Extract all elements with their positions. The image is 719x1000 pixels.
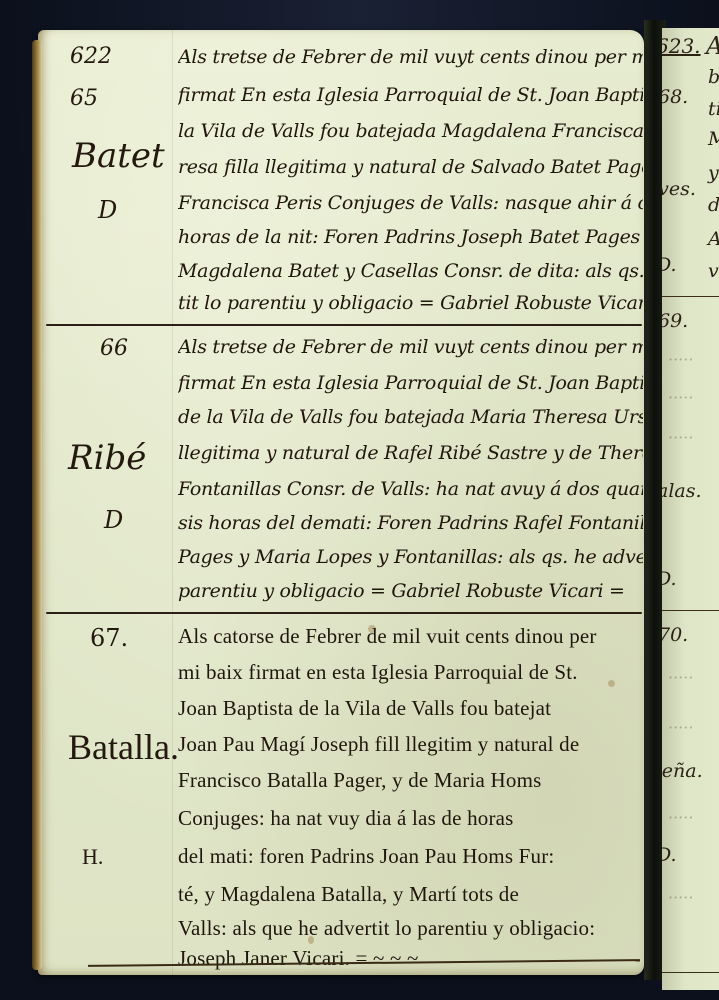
register-page: 622 65 Batet D Als tretse de Febrer de m… (38, 30, 644, 975)
adjacent-entry-separator (662, 610, 719, 611)
entry-text-line: Conjuges: ha nat vuy dia á las de horas (178, 806, 643, 831)
entry-text-line: firmat En esta Iglesia Parroquial de St.… (178, 372, 643, 394)
page-edge (32, 40, 42, 970)
entry-text-line: Joan Baptista de la Vila de Valls fou ba… (178, 696, 643, 721)
entry-text-line: firmat En esta Iglesia Parroquial de St.… (178, 84, 643, 106)
entry-text-line: Fontanillas Consr. de Valls: ha nat avuy… (178, 478, 643, 500)
entry-number: 66 (100, 336, 128, 361)
folio-number: 622 (70, 44, 112, 69)
entry-text-line: Francisca Peris Conjuges de Valls: nasqu… (178, 192, 643, 214)
adjacent-line-initial: A (708, 228, 719, 250)
entry-separator (46, 324, 642, 326)
entry-mark: D (98, 196, 117, 224)
adjacent-folio-number: 623. (662, 34, 701, 58)
entry-mark: H. (82, 844, 103, 870)
entry-text-line: Als tretse de Febrer de mil vuyt cents d… (178, 336, 643, 358)
entry-text-line: parentiu y obligacio = Gabriel Robuste V… (178, 580, 643, 602)
entry-text-line: Pages y Maria Lopes y Fontanillas: als q… (178, 546, 643, 568)
entry-number: 65 (70, 86, 98, 111)
adjacent-entry-separator (662, 296, 719, 297)
adjacent-line-initial: d (708, 194, 719, 216)
entry-text-line: Joseph Janer Vicari. = ~ ~ ~ (178, 946, 643, 971)
entry-text-line: mi baix firmat en esta Iglesia Parroquia… (178, 660, 643, 685)
entry-text-line: de la Vila de Valls fou batejada Maria T… (178, 406, 643, 428)
entry-text-line: la Vila de Valls fou batejada Magdalena … (178, 120, 643, 142)
adjacent-surname: ...ves. (662, 178, 696, 200)
entry-text-line: Magdalena Batet y Casellas Consr. de dit… (178, 260, 643, 282)
adjacent-bottom-rule (662, 972, 719, 973)
entry-text-line: Francisco Batalla Pager, y de Maria Homs (178, 768, 643, 793)
entry-text-line: sis horas del demati: Foren Padrins Rafe… (178, 512, 643, 534)
entry-text-line: llegitima y natural de Rafel Ribé Sastre… (178, 442, 643, 464)
entry-text-line: té, y Magdalena Batalla, y Martí tots de (178, 882, 643, 907)
adjacent-line-initial: ti (708, 98, 719, 120)
adjacent-line-initial: v (708, 260, 719, 282)
entry-text-line: del mati: foren Padrins Joan Pau Homs Fu… (178, 844, 643, 869)
entry-text-line: tit lo parentiu y obligacio = Gabriel Ro… (178, 292, 643, 314)
adjacent-surname: ...teña. (662, 760, 703, 782)
entry-text-line: resa filla llegitima y natural de Salvad… (178, 156, 643, 178)
adjacent-entry-number: 68. (662, 86, 688, 108)
entry-text-line: Joan Pau Magí Joseph fill llegitim y nat… (178, 732, 643, 757)
entry-number: 67. (90, 624, 128, 652)
entry-text-line: Als catorse de Febrer de mil vuit cents … (178, 624, 643, 649)
margin-rule (172, 30, 173, 975)
entry-surname: Batet (72, 136, 165, 176)
entry-text-line: Valls: als que he advertit lo parentiu y… (178, 916, 643, 941)
adjacent-line-initial: b (708, 66, 719, 88)
entry-separator (46, 612, 642, 614)
adjacent-mark: D. (662, 844, 677, 866)
adjacent-mark: D. (662, 568, 677, 590)
adjacent-entry-number: 69. (662, 310, 688, 332)
adjacent-line-initial: A (706, 32, 719, 60)
adjacent-entry-number: 70. (662, 624, 688, 646)
entry-text-line: horas de la nit: Foren Padrins Joseph Ba… (178, 226, 643, 248)
adjacent-line-initial: y (708, 162, 719, 184)
adjacent-mark: D. (662, 254, 677, 276)
entry-surname: Batalla. (68, 726, 179, 768)
adjacent-page: 623. A 68. b ti M y ...ves. d A D. v 69.… (662, 28, 719, 990)
entry-text-line: Als tretse de Febrer de mil vuyt cents d… (178, 46, 643, 68)
entry-surname: Ribé (68, 438, 146, 478)
entry-mark: D (104, 506, 123, 534)
adjacent-line-initial: M (708, 128, 719, 150)
adjacent-surname: Salas. (662, 480, 702, 502)
scan-stage: 623. A 68. b ti M y ...ves. d A D. v 69.… (0, 0, 719, 1000)
